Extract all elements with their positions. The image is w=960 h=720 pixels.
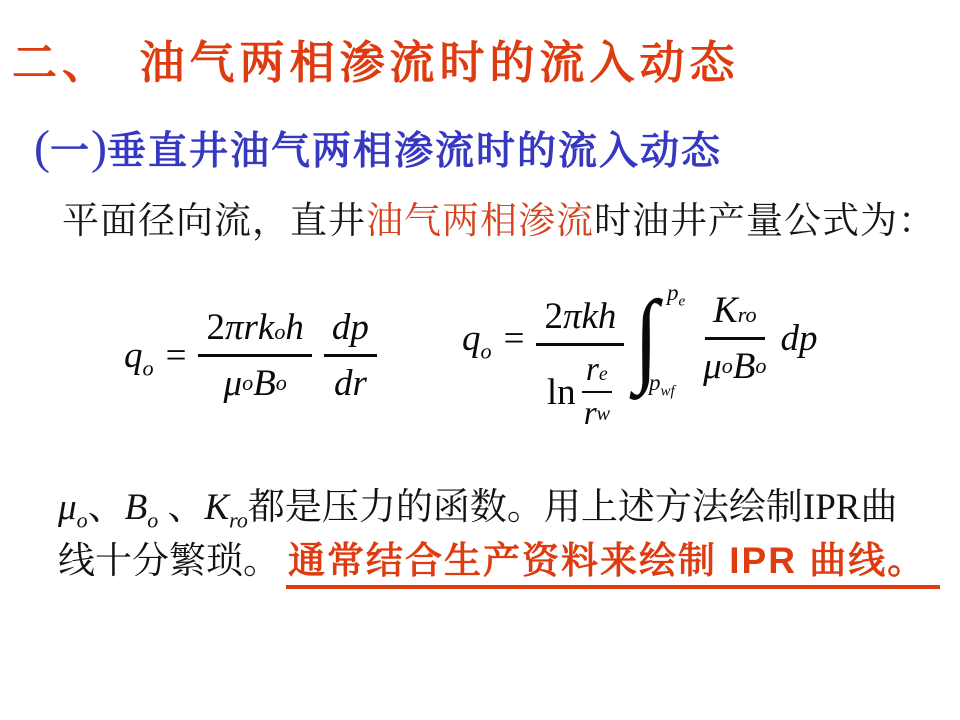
intro-black-2: 时油井产量公式为： <box>594 201 936 242</box>
f2-kro-fraction: Kro μoBo <box>695 289 774 388</box>
f2-radius-fraction: re rw <box>580 351 614 433</box>
f2-kro-num: Kro <box>705 289 765 340</box>
f2-equals: = <box>504 317 525 360</box>
kro-symbol: K <box>204 487 229 528</box>
f1-numerator: 2πrkoh <box>198 306 311 357</box>
integral-sign: ∫ <box>635 294 659 382</box>
slide-subtitle: ( 一 ) 垂直井油气两相渗流时的流入动态 <box>34 120 722 176</box>
conclusion-line-2: 线十分繁琐。通常结合生产资料来绘制 IPR 曲线。 <box>58 535 940 589</box>
f1-denominator: μoBo <box>216 357 295 405</box>
f2-ln: ln <box>547 371 576 414</box>
intro-paragraph: 平面径向流，直井油气两相渗流时油井产量公式为： <box>62 190 936 244</box>
slide: 二、 油气两相渗流时的流入动态 ( 一 ) 垂直井油气两相渗流时的流入动态 平面… <box>0 0 960 720</box>
f2-rw: rw <box>580 393 614 433</box>
mu-symbol: μ <box>58 487 77 528</box>
formula-darcy-radial: qo = 2πrkoh μoBo dp dr <box>124 290 383 420</box>
conclusion-red-underlined: 通常结合生产资料来绘制 IPR 曲线。 <box>286 540 940 589</box>
conclusion-paragraph: μo、Bo 、Kro都是压力的函数。用上述方法绘制IPR曲 线十分繁琐。通常结合… <box>58 482 940 588</box>
f1-derivative-fraction: dp dr <box>324 306 377 405</box>
f1-lhs: qo <box>124 334 154 377</box>
subtitle-text: 垂直井油气两相渗流时的流入动态 <box>107 120 722 176</box>
conclusion-black-1: 都是压力的函数。用上述方法绘制IPR曲 <box>248 487 898 528</box>
intro-black-1: 平面径向流，直井 <box>62 201 366 242</box>
f2-dp: dp <box>780 317 817 360</box>
subtitle-paren-close: ) <box>91 124 107 172</box>
f1-derivative-num: dp <box>324 306 377 357</box>
f1-main-fraction: 2πrkoh μoBo <box>198 306 311 405</box>
bo-symbol: B <box>125 487 148 528</box>
f2-re: re <box>582 351 612 393</box>
conclusion-line-1: μo、Bo 、Kro都是压力的函数。用上述方法绘制IPR曲 <box>58 482 940 535</box>
f1-derivative-den: dr <box>326 357 375 405</box>
formula-integral-ipr: qo = 2πkh ln re rw ∫ pe pwf Kro μoBo dp <box>462 258 817 418</box>
intro-red-phrase: 油气两相渗流 <box>366 201 594 242</box>
conclusion-black-2: 线十分繁琐。 <box>58 541 280 582</box>
f2-kro-den: μoBo <box>695 340 774 388</box>
f1-equals: = <box>166 334 187 377</box>
subtitle-number: 一 <box>50 120 91 176</box>
f2-integral: ∫ pe pwf <box>632 280 685 396</box>
f2-main-fraction: 2πkh ln re rw <box>536 295 624 433</box>
slide-title: 二、 油气两相渗流时的流入动态 <box>12 26 740 91</box>
f2-denominator: ln re rw <box>539 346 622 433</box>
f2-lhs: qo <box>462 317 492 360</box>
integral-upper-limit: pe <box>667 280 685 306</box>
subtitle-paren-open: ( <box>34 124 50 172</box>
f2-numerator: 2πkh <box>536 295 624 346</box>
